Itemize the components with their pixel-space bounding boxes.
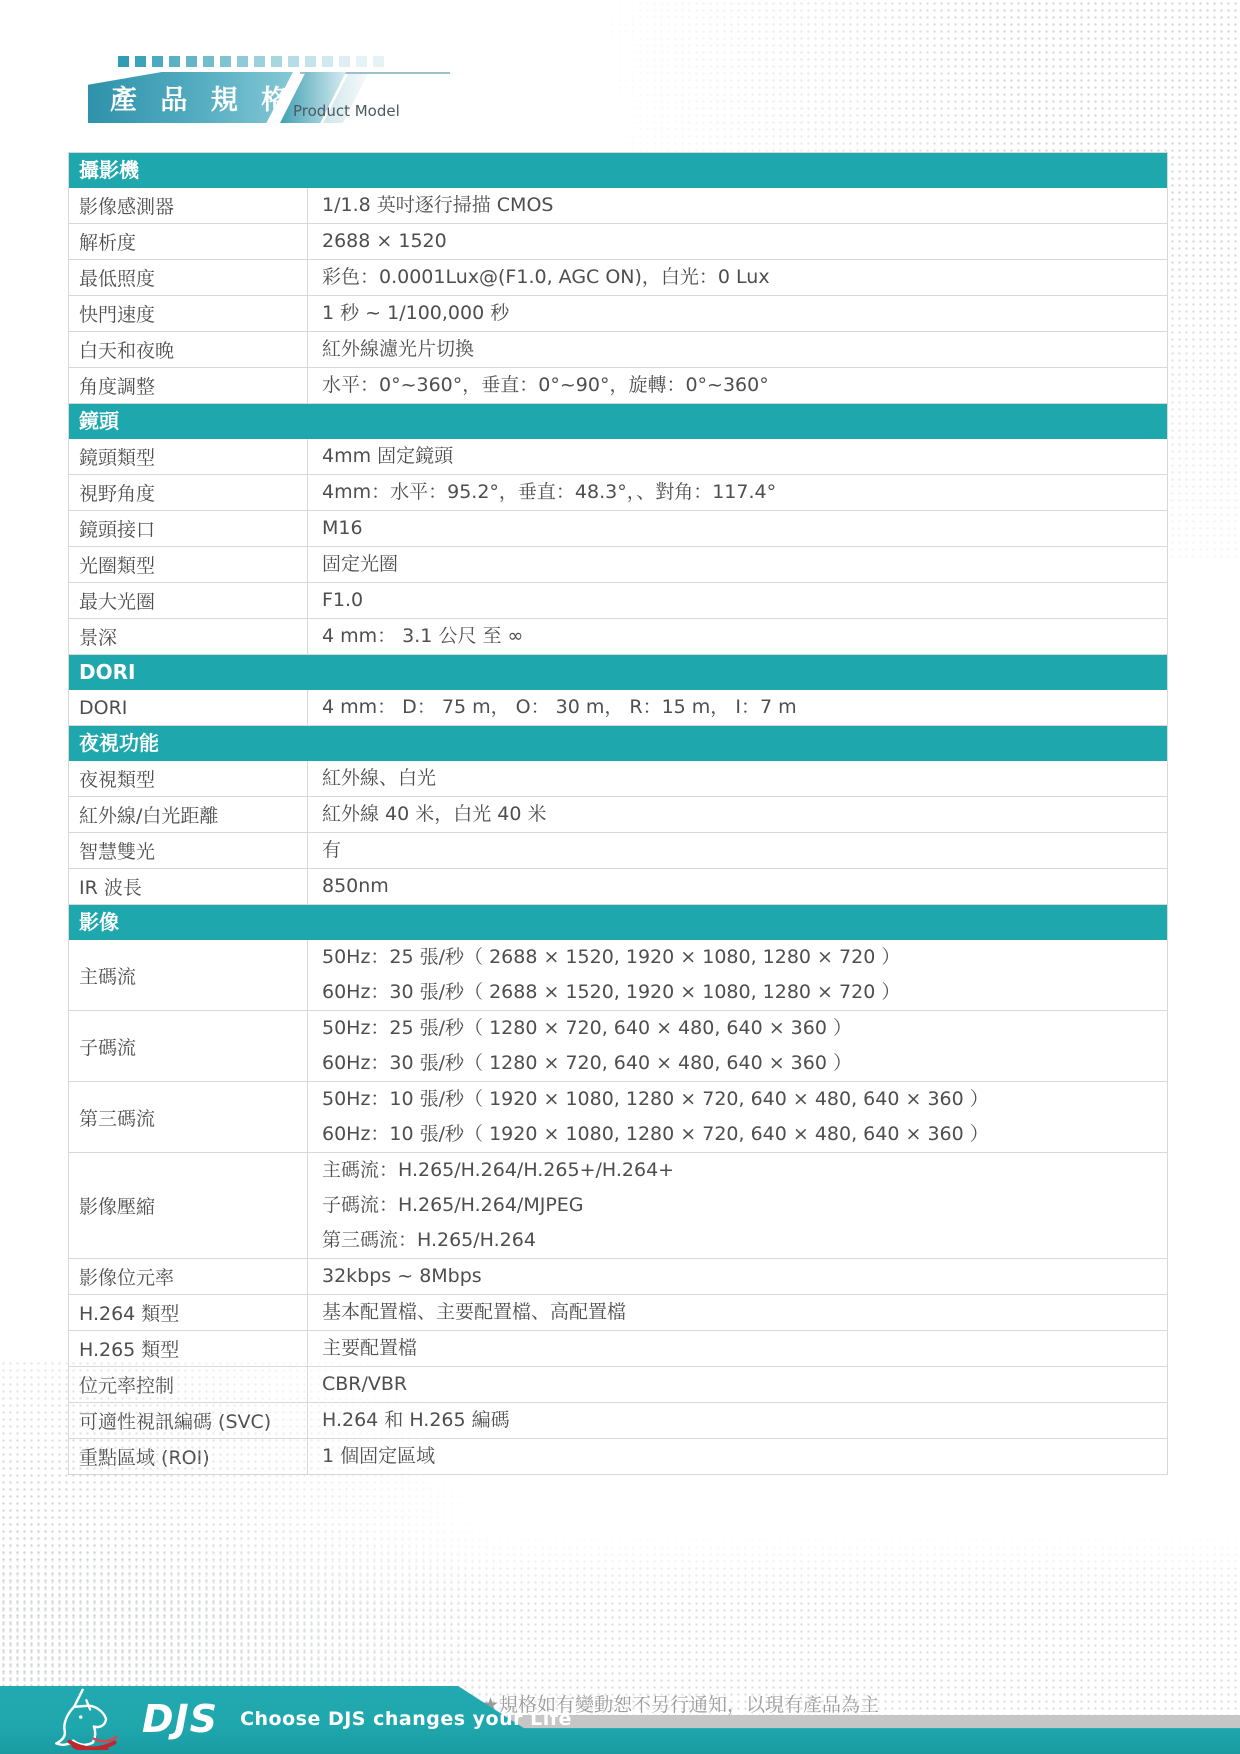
spec-label: 鏡頭接口: [69, 511, 308, 546]
spec-value: M16: [308, 511, 1167, 546]
spec-label: 影像壓縮: [69, 1153, 308, 1258]
section-header: 夜視功能: [69, 726, 1167, 761]
spec-row: 紅外線/白光距離紅外線 40 米，白光 40 米: [69, 797, 1167, 833]
decor-square: [339, 56, 350, 67]
decor-square: [254, 56, 265, 67]
spec-value: 50Hz：25 張/秒（ 2688 × 1520, 1920 × 1080, 1…: [308, 940, 1167, 1010]
spec-value: F1.0: [308, 583, 1167, 618]
decor-square: [356, 56, 367, 67]
spec-row: 景深4 mm： 3.1 公尺 至 ∞: [69, 619, 1167, 655]
brand-name: DJS: [142, 1688, 218, 1750]
spec-row: 子碼流50Hz：25 張/秒（ 1280 × 720, 640 × 480, 6…: [69, 1011, 1167, 1082]
spec-value: 水平：0°~360°，垂直：0°~90°，旋轉：0°~360°: [308, 368, 1167, 403]
spec-value: 主要配置檔: [308, 1331, 1167, 1366]
spec-label: 位元率控制: [69, 1367, 308, 1402]
spec-label: 第三碼流: [69, 1082, 308, 1152]
spec-label: 可適性視訊編碼 (SVC): [69, 1403, 308, 1438]
spec-label: 景深: [69, 619, 308, 654]
decor-square: [237, 56, 248, 67]
spec-row: 可適性視訊編碼 (SVC)H.264 和 H.265 編碼: [69, 1403, 1167, 1439]
spec-value: H.264 和 H.265 編碼: [308, 1403, 1167, 1438]
spec-label: 鏡頭類型: [69, 439, 308, 474]
spec-row: 視野角度4mm：水平：95.2°，垂直：48.3°，、對角：117.4°: [69, 475, 1167, 511]
decor-square: [305, 56, 316, 67]
unicorn-logo-icon: [44, 1688, 140, 1750]
spec-row: 最低照度彩色：0.0001Lux@(F1.0, AGC ON)，白光：0 Lux: [69, 260, 1167, 296]
decor-square: [203, 56, 214, 67]
spec-value: 4 mm： 3.1 公尺 至 ∞: [308, 619, 1167, 654]
spec-row: 主碼流50Hz：25 張/秒（ 2688 × 1520, 1920 × 1080…: [69, 940, 1167, 1011]
spec-row: 鏡頭類型4mm 固定鏡頭: [69, 439, 1167, 475]
spec-label: 角度調整: [69, 368, 308, 403]
spec-row: 角度調整水平：0°~360°，垂直：0°~90°，旋轉：0°~360°: [69, 368, 1167, 404]
decor-square: [322, 56, 333, 67]
spec-label: 紅外線/白光距離: [69, 797, 308, 832]
spec-row: 位元率控制CBR/VBR: [69, 1367, 1167, 1403]
spec-label: 快門速度: [69, 296, 308, 331]
spec-value: 1 秒 ~ 1/100,000 秒: [308, 296, 1167, 331]
spec-label: 最低照度: [69, 260, 308, 295]
spec-label: 影像位元率: [69, 1259, 308, 1294]
spec-row: 第三碼流50Hz：10 張/秒（ 1920 × 1080, 1280 × 720…: [69, 1082, 1167, 1153]
spec-label: IR 波長: [69, 869, 308, 904]
spec-value: 4mm 固定鏡頭: [308, 439, 1167, 474]
decor-square: [186, 56, 197, 67]
decor-square: [288, 56, 299, 67]
decor-square: [118, 56, 129, 67]
decor-square: [373, 56, 384, 67]
spec-value: 有: [308, 833, 1167, 868]
spec-value: 基本配置檔、主要配置檔、高配置檔: [308, 1295, 1167, 1330]
spec-row: 解析度2688 × 1520: [69, 224, 1167, 260]
header-decor-squares: [118, 56, 384, 67]
decor-square: [152, 56, 163, 67]
spec-row: 白天和夜晚紅外線濾光片切換: [69, 332, 1167, 368]
spec-label: 重點區域 (ROI): [69, 1439, 308, 1474]
brand-slogan: Choose DJS changes your Life: [240, 1688, 572, 1750]
decor-square: [135, 56, 146, 67]
decor-square: [169, 56, 180, 67]
spec-row: 夜視類型紅外線、白光: [69, 761, 1167, 797]
spec-row: IR 波長850nm: [69, 869, 1167, 905]
spec-label: 白天和夜晚: [69, 332, 308, 367]
spec-value: CBR/VBR: [308, 1367, 1167, 1402]
spec-label: 視野角度: [69, 475, 308, 510]
spec-row: 光圈類型固定光圈: [69, 547, 1167, 583]
spec-value: 紅外線、白光: [308, 761, 1167, 796]
spec-row: 鏡頭接口M16: [69, 511, 1167, 547]
section-header: 鏡頭: [69, 404, 1167, 439]
spec-value: 主碼流：H.265/H.264/H.265+/H.264+子碼流：H.265/H…: [308, 1153, 1167, 1258]
spec-value: 4 mm： D： 75 m， O： 30 m， R：15 m， I：7 m: [308, 690, 1167, 725]
section-header: DORI: [69, 655, 1167, 690]
footer-logo: DJS Choose DJS changes your Life: [44, 1688, 572, 1750]
section-header: 影像: [69, 905, 1167, 940]
spec-label: 子碼流: [69, 1011, 308, 1081]
spec-label: 影像感測器: [69, 188, 308, 223]
spec-label: H.264 類型: [69, 1295, 308, 1330]
spec-table: 攝影機影像感測器1/1.8 英吋逐行掃描 CMOS解析度2688 × 1520最…: [68, 152, 1168, 1475]
spec-row: 快門速度1 秒 ~ 1/100,000 秒: [69, 296, 1167, 332]
spec-row: 影像感測器1/1.8 英吋逐行掃描 CMOS: [69, 188, 1167, 224]
spec-value: 紅外線濾光片切換: [308, 332, 1167, 367]
spec-label: 最大光圈: [69, 583, 308, 618]
spec-row: 影像壓縮主碼流：H.265/H.264/H.265+/H.264+子碼流：H.2…: [69, 1153, 1167, 1259]
page-title: 產 品 規 格: [88, 78, 295, 117]
spec-value: 1 個固定區域: [308, 1439, 1167, 1474]
spec-label: 夜視類型: [69, 761, 308, 796]
spec-value: 32kbps ~ 8Mbps: [308, 1259, 1167, 1294]
spec-value: 紅外線 40 米，白光 40 米: [308, 797, 1167, 832]
decor-square: [220, 56, 231, 67]
spec-value: 850nm: [308, 869, 1167, 904]
spec-value: 50Hz：10 張/秒（ 1920 × 1080, 1280 × 720, 64…: [308, 1082, 1167, 1152]
spec-row: H.264 類型基本配置檔、主要配置檔、高配置檔: [69, 1295, 1167, 1331]
spec-label: 主碼流: [69, 940, 308, 1010]
spec-row: 最大光圈F1.0: [69, 583, 1167, 619]
spec-value: 1/1.8 英吋逐行掃描 CMOS: [308, 188, 1167, 223]
spec-label: H.265 類型: [69, 1331, 308, 1366]
spec-value: 50Hz：25 張/秒（ 1280 × 720, 640 × 480, 640 …: [308, 1011, 1167, 1081]
spec-label: DORI: [69, 690, 308, 725]
spec-row: DORI4 mm： D： 75 m， O： 30 m， R：15 m， I：7 …: [69, 690, 1167, 726]
spec-label: 光圈類型: [69, 547, 308, 582]
section-header: 攝影機: [69, 153, 1167, 188]
spec-value: 2688 × 1520: [308, 224, 1167, 259]
spec-value: 彩色：0.0001Lux@(F1.0, AGC ON)，白光：0 Lux: [308, 260, 1167, 295]
spec-row: 智慧雙光有: [69, 833, 1167, 869]
spec-row: 影像位元率32kbps ~ 8Mbps: [69, 1259, 1167, 1295]
spec-value: 4mm：水平：95.2°，垂直：48.3°，、對角：117.4°: [308, 475, 1167, 510]
page-subtitle: Product Model: [293, 102, 400, 120]
spec-row: H.265 類型主要配置檔: [69, 1331, 1167, 1367]
spec-label: 智慧雙光: [69, 833, 308, 868]
page-title-banner: 產 品 規 格: [88, 72, 293, 123]
spec-value: 固定光圈: [308, 547, 1167, 582]
spec-row: 重點區域 (ROI)1 個固定區域: [69, 1439, 1167, 1474]
decor-square: [271, 56, 282, 67]
spec-label: 解析度: [69, 224, 308, 259]
